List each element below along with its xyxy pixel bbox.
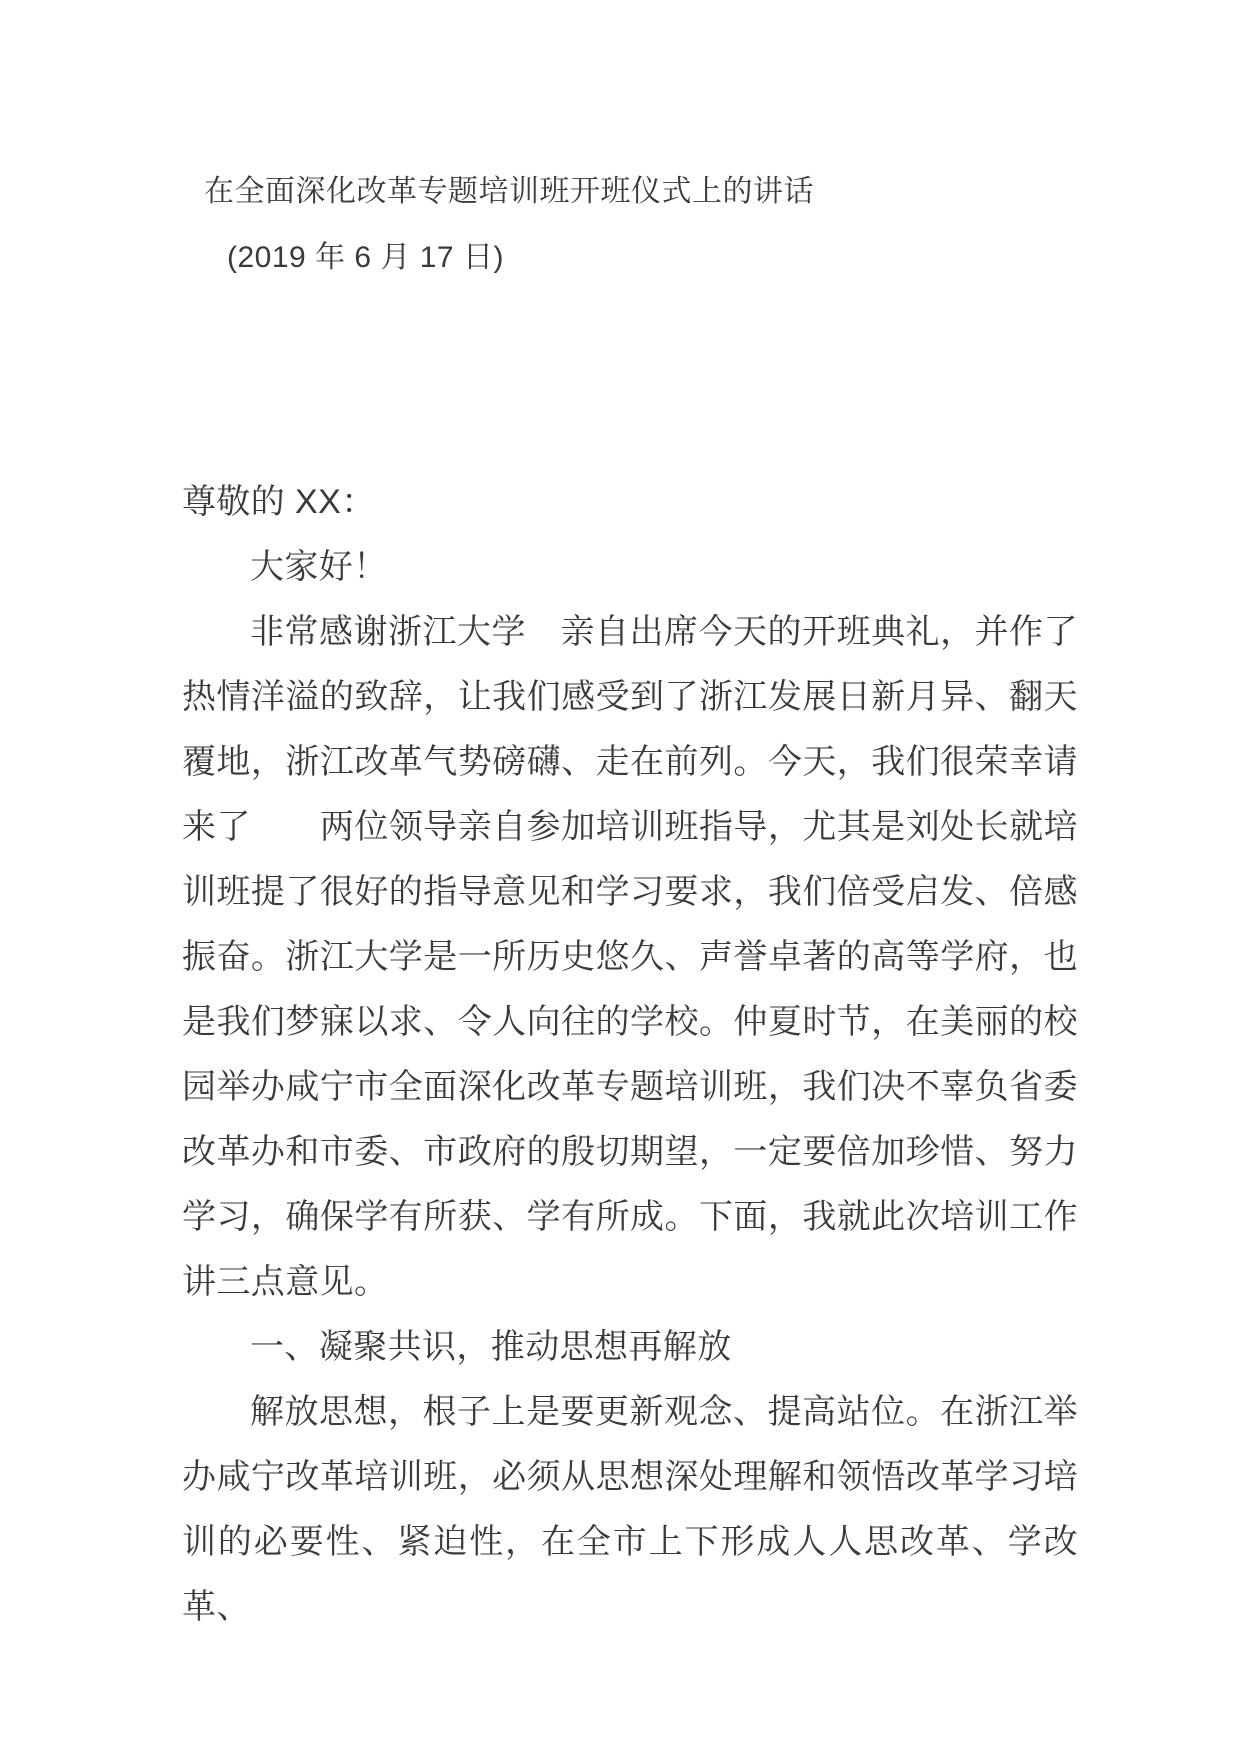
paragraph-thanks: 非常感谢浙江大学 亲自出席今天的开班典礼，并作了热情洋溢的致辞，让我们感受到了浙… bbox=[182, 600, 1078, 1315]
document-body: 尊敬的 XX： 大家好！ 非常感谢浙江大学 亲自出席今天的开班典礼，并作了热情洋… bbox=[182, 470, 1078, 1640]
document-page: 在全面深化改革专题培训班开班仪式上的讲话 (2019 年 6 月 17 日) 尊… bbox=[0, 0, 1241, 1755]
date-line: (2019 年 6 月 17 日) bbox=[182, 238, 1078, 278]
page-title: 在全面深化改革专题培训班开班仪式上的讲话 bbox=[182, 172, 1078, 212]
paragraph-greeting: 大家好！ bbox=[182, 535, 1078, 600]
paragraph-section-1-body: 解放思想，根子上是要更新观念、提高站位。在浙江举办咸宁改革培训班，必须从思想深处… bbox=[182, 1380, 1078, 1640]
salutation: 尊敬的 XX： bbox=[182, 470, 1078, 535]
section-heading-1: 一、凝聚共识，推动思想再解放 bbox=[182, 1315, 1078, 1380]
